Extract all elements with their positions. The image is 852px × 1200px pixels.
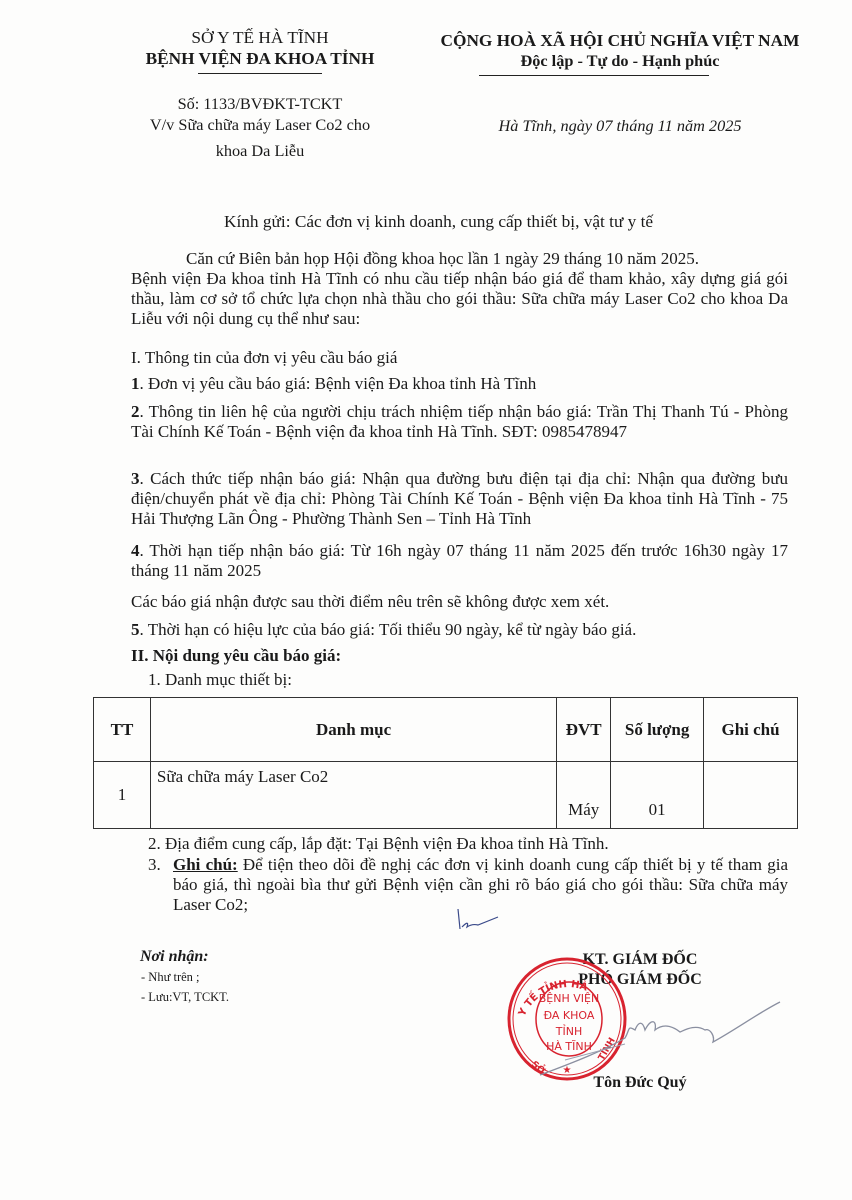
nation-motto: Độc lập - Tự do - Hạnh phúc (420, 51, 820, 71)
sub-3-number: 3. (148, 855, 161, 875)
header-tt: TT (94, 698, 151, 762)
document-number: Số: 1133/BVĐKT-TCKT (100, 94, 420, 114)
item-number: 1 (131, 374, 140, 393)
item-text: . Cách thức tiếp nhận báo giá: Nhận qua … (131, 469, 788, 528)
section-1-item-1: 1. Đơn vị yêu cầu báo giá: Bệnh viện Đa … (131, 374, 788, 394)
cell-note (704, 762, 798, 829)
header-item: Danh mục (150, 698, 556, 762)
recipient-item: - Như trên ; (141, 967, 229, 987)
intro-line-1: Căn cứ Biên bản họp Hội đồng khoa học lầ… (131, 249, 788, 269)
place-date: Hà Tĩnh, ngày 07 tháng 11 năm 2025 (420, 116, 820, 136)
divider-left (198, 73, 322, 74)
subject-line-2: khoa Da Liễu (100, 141, 420, 161)
item-text: . Thời hạn có hiệu lực của báo giá: Tối … (140, 620, 637, 639)
signer-name: Tôn Đức Quý (540, 1074, 740, 1092)
item-text: . Thông tin liên hệ của người chịu trách… (131, 402, 788, 441)
section-1-item-5: 5. Thời hạn có hiệu lực của báo giá: Tối… (131, 620, 788, 640)
recipient-line: Kính gửi: Các đơn vị kinh doanh, cung cấ… (224, 211, 784, 232)
header-note: Ghi chú (704, 698, 798, 762)
cell-unit: Máy (557, 762, 611, 829)
equipment-table: TT Danh mục ĐVT Số lượng Ghi chú 1 Sữa c… (93, 697, 798, 829)
section-2-sub-2: 2. Địa điểm cung cấp, lắp đặt: Tại Bệnh … (131, 834, 788, 854)
note-label: Ghi chú: (173, 855, 238, 874)
table-row: 1 Sữa chữa máy Laser Co2 Máy 01 (94, 762, 798, 829)
late-quote-note: Các báo giá nhận được sau thời điểm nêu … (131, 592, 788, 612)
cell-quantity: 01 (611, 762, 704, 829)
ministry-name: SỞ Y TẾ HÀ TĨNH (100, 27, 420, 48)
item-number: 4 (131, 541, 140, 560)
item-text: . Thời hạn tiếp nhận báo giá: Từ 16h ngà… (131, 541, 788, 580)
recipient-item: - Lưu:VT, TCKT. (141, 987, 229, 1007)
item-number: 5 (131, 620, 140, 639)
section-2-sub-1: 1. Danh mục thiết bị: (131, 670, 788, 690)
recipients-title: Nơi nhận: (140, 948, 209, 966)
section-1-item-3: 3. Cách thức tiếp nhận báo giá: Nhận qua… (131, 469, 788, 529)
recipients-list: - Như trên ; - Lưu:VT, TCKT. (141, 967, 229, 1007)
cell-tt: 1 (94, 762, 151, 829)
divider-right (479, 75, 709, 76)
nation-title: CỘNG HOÀ XÃ HỘI CHỦ NGHĨA VIỆT NAM (420, 30, 820, 51)
section-1-item-2: 2. Thông tin liên hệ của người chịu trác… (131, 402, 788, 442)
item-number: 2 (131, 402, 140, 421)
hospital-name: BỆNH VIỆN ĐA KHOA TỈNH (100, 48, 420, 69)
table-header-row: TT Danh mục ĐVT Số lượng Ghi chú (94, 698, 798, 762)
cell-item: Sữa chữa máy Laser Co2 (150, 762, 556, 829)
subject-line-1: V/v Sữa chữa máy Laser Co2 cho (100, 115, 420, 135)
item-text: . Đơn vị yêu cầu báo giá: Bệnh viện Đa k… (140, 374, 537, 393)
header-quantity: Số lượng (611, 698, 704, 762)
section-1-item-4: 4. Thời hạn tiếp nhận báo giá: Từ 16h ng… (131, 541, 788, 581)
item-number: 3 (131, 469, 140, 488)
section-1-title: I. Thông tin của đơn vị yêu cầu báo giá (131, 348, 788, 368)
initial-mark (452, 905, 502, 935)
section-2-title: II. Nội dung yêu cầu báo giá: (131, 646, 788, 666)
header-unit: ĐVT (557, 698, 611, 762)
intro-paragraph: Bệnh viện Đa khoa tỉnh Hà Tĩnh có nhu cầ… (131, 269, 788, 329)
